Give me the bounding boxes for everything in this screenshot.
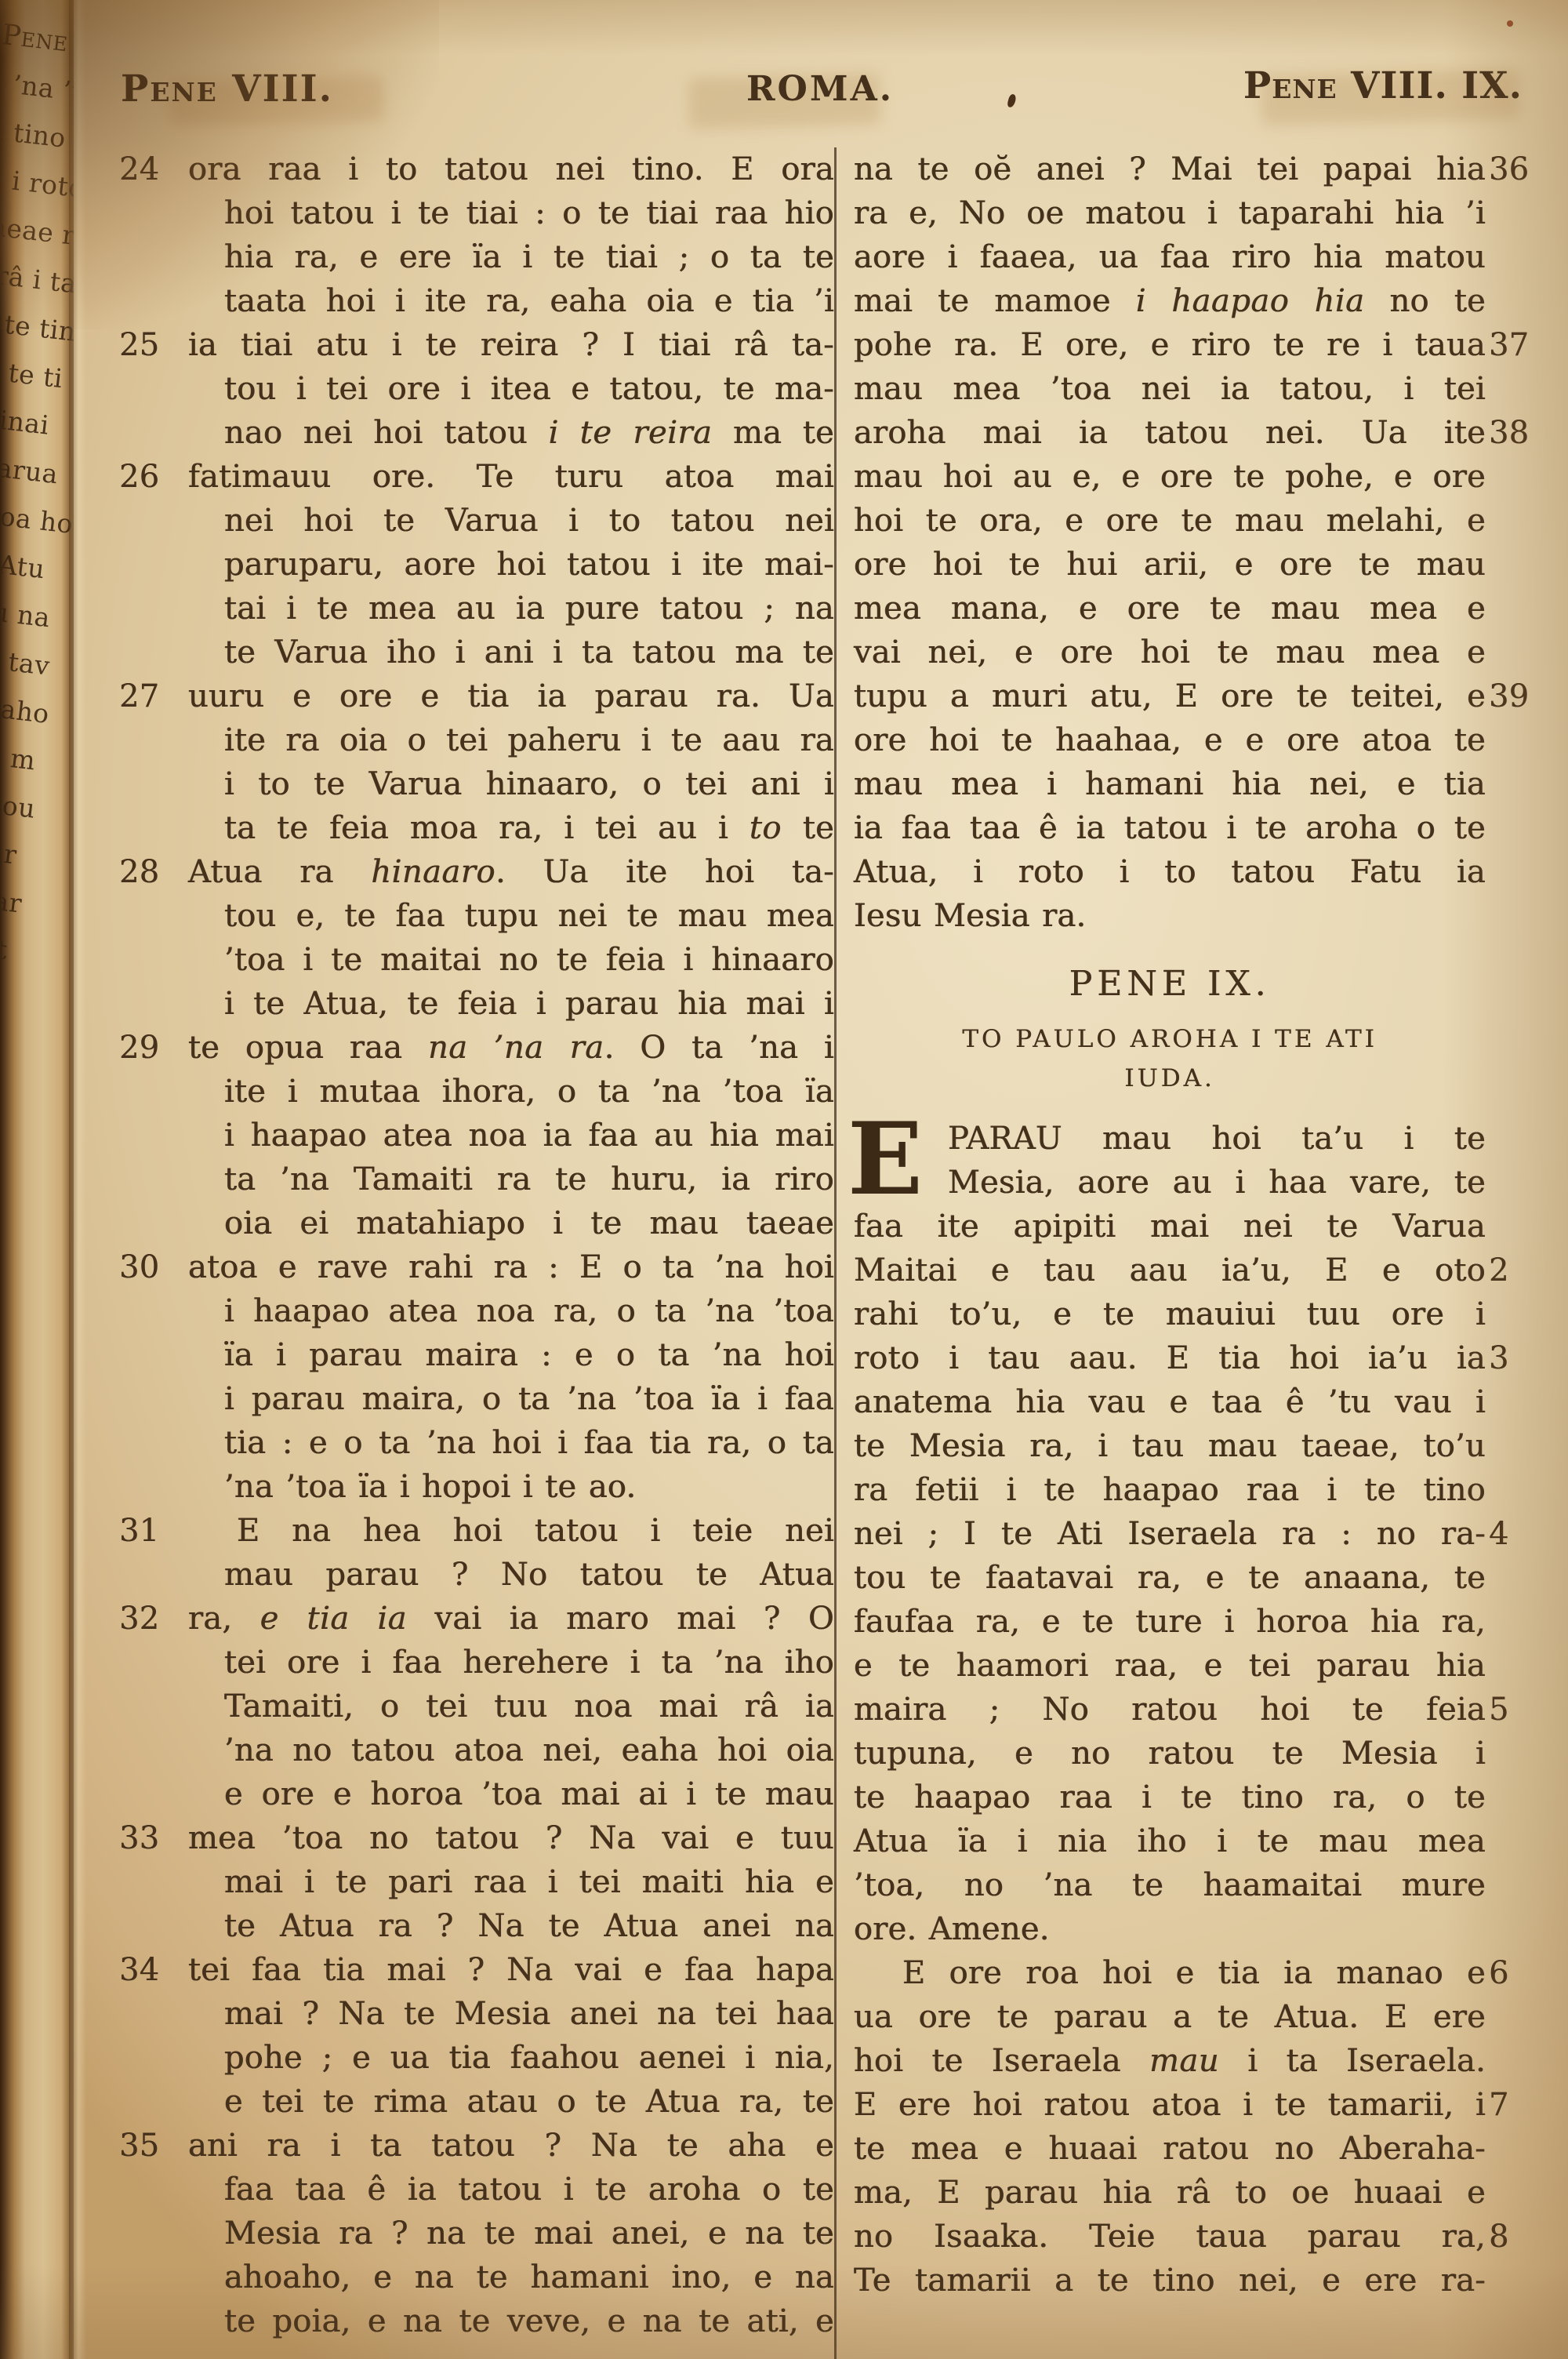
line-text: e ore e horoa ’toa mai ai i te mau <box>224 1776 834 1812</box>
text-line: tia : e o ta ’na hoi i faa tia ra, o ta <box>188 1421 834 1465</box>
line-text: i haapao atea noa ra, o ta ’na ’toa <box>224 1293 834 1329</box>
line-text: mau mea ’toa nei ia tatou, i tei <box>854 371 1486 407</box>
page-crease <box>69 0 86 2359</box>
text-line: ore. Amene. <box>854 1907 1486 1951</box>
text-line: ïa i parau maira : e o ta ’na hoi <box>188 1333 834 1377</box>
text-line: Iesu Mesia ra. <box>854 894 1486 938</box>
text-line: mau mea i hamani hia nei, e tia <box>854 762 1486 806</box>
line-text: Te tamarii a te tino nei, e ere ra- <box>854 2263 1486 2299</box>
line-text: hoi te ora, e ore te mau melahi, e <box>854 503 1486 539</box>
text-line: e ore e horoa ’toa mai ai i te mau <box>188 1772 834 1816</box>
line-text: hoi tatou i te tiai : o te tiai raa hio <box>224 195 834 231</box>
text-line: hoi te Iseraela mau i ta Iseraela. <box>854 2039 1486 2083</box>
text-line: ite i mutaa ihora, o ta ’na ’toa ïa <box>188 1070 834 1114</box>
line-text: E ere hoi ratou atoa i te tamarii, i <box>854 2087 1486 2123</box>
verse-number: 34 <box>119 1948 174 1992</box>
line-text: ra e, No oe matou i taparahi hia ’i <box>854 195 1486 231</box>
book-photo: Penea ’na ’toau tino pohi i rototaeae ra… <box>0 0 1568 2359</box>
line-text: te opua raa na ’na ra. O ta ’na i <box>188 1030 834 1066</box>
text-line: ia tiai atu i te reira ? I tiai râ ta-25 <box>188 323 834 367</box>
verse-number: 29 <box>119 1026 174 1070</box>
text-line: ia faa taa ê ia tatou i te aroha o te <box>854 806 1486 850</box>
text-line: aroha mai ia tatou nei. Ua ite38 <box>854 411 1486 455</box>
line-text: i te Atua, te feia i parau hia mai i <box>224 986 834 1022</box>
verse-number: 31 <box>119 1509 174 1553</box>
line-text: ani ra i ta tatou ? Na te aha e <box>188 2128 834 2164</box>
text-line: Mesia, aore au i haa vare, te <box>854 1161 1486 1205</box>
verse-number: 38 <box>1489 411 1544 455</box>
line-text: aroha mai ia tatou nei. Ua ite <box>854 415 1486 451</box>
text-line: tei ore i faa herehere i ta ’na iho <box>188 1641 834 1685</box>
verse-number: 27 <box>119 674 174 718</box>
text-line: Atua ra hinaaro. Ua ite hoi ta-28 <box>188 850 834 894</box>
text-line: faufaa ra, e te ture i horoa hia ra, <box>854 1600 1486 1644</box>
text-line: atoa e rave rahi ra : E o ta ’na hoi30 <box>188 1245 834 1289</box>
line-text: pohe ; e ua tia faahou aenei i nia, <box>224 2040 834 2076</box>
line-text: tou e, te faa tupu nei te mau mea <box>224 898 834 934</box>
text-line: Atua ïa i nia iho i te mau mea <box>854 1819 1486 1863</box>
verse-number: 8 <box>1489 2215 1544 2259</box>
text-line: maira ; No ratou hoi te feia5 <box>854 1688 1486 1732</box>
ink-speck <box>1507 20 1513 27</box>
line-text: ’na ’toa ïa i hopoi i te ao. <box>224 1469 636 1505</box>
line-text: pohe ra. E ore, e riro te re i taua <box>854 327 1486 363</box>
text-line: te opua raa na ’na ra. O ta ’na i29 <box>188 1026 834 1070</box>
text-line: ite ra oia o tei paheru i te aau ra <box>188 718 834 762</box>
text-line: ahoaho, e na te hamani ino, e na <box>188 2255 834 2299</box>
line-text: E na hea hoi tatou i teie nei <box>237 1513 834 1549</box>
line-text: roto i tau aau. E tia hoi ia’u ia <box>854 1340 1486 1376</box>
line-text: no Isaaka. Teie taua parau ra, <box>854 2219 1486 2255</box>
text-line: nao nei hoi tatou i te reira ma te <box>188 411 834 455</box>
line-text: tou i tei ore i itea e tatou, te ma- <box>224 371 834 407</box>
line-text: te Mesia ra, i tau mau taeae, to’u <box>854 1428 1486 1464</box>
text-line: hoi te ora, e ore te mau melahi, e <box>854 499 1486 543</box>
line-text: Atua, i roto i to tatou Fatu ia <box>854 854 1486 890</box>
line-text: mai i te pari raa i tei maiti hia e <box>224 1864 834 1900</box>
text-line: ua ore te parau a te Atua. E ere <box>854 1995 1486 2039</box>
text-line: hia ra, e ere ïa i te tiai ; o ta te <box>188 235 834 279</box>
line-text: rahi to’u, e te mauiui tuu ore i <box>854 1296 1486 1332</box>
text-line: tai i te mea au ia pure tatou ; na <box>188 587 834 631</box>
text-line: mai te mamoe i haapao hia no te <box>854 279 1486 323</box>
text-line: E ore roa hoi e tia ia manao e6 <box>854 1951 1486 1995</box>
text-line: Tamaiti, o tei tuu noa mai râ ia <box>188 1685 834 1728</box>
line-text: na te oĕ anei ? Mai tei papai hia <box>854 151 1486 187</box>
line-text: te Atua ra ? Na te Atua anei na <box>224 1908 834 1944</box>
text-line: i parau maira, o ta ’na ’toa ïa i faa <box>188 1377 834 1421</box>
text-line: ’na no tatou atoa nei, eaha hoi oia <box>188 1728 834 1772</box>
text-line: PARAU mau hoi ta’u i te <box>854 1117 1486 1161</box>
text-line: te Varua iho i ani i ta tatou ma te <box>188 631 834 674</box>
text-line: e tei te rima atau o te Atua ra, te <box>188 2080 834 2124</box>
line-text: ra, e tia ia vai ia maro mai ? O <box>188 1601 834 1637</box>
text-line: tupuna, e no ratou te Mesia i <box>854 1732 1486 1776</box>
line-text: vai nei, e ore hoi te mau mea e <box>854 634 1486 671</box>
verse-number: 7 <box>1489 2083 1544 2127</box>
text-line: ra, e tia ia vai ia maro mai ? O32 <box>188 1597 834 1641</box>
text-line: mau mea ’toa nei ia tatou, i tei <box>854 367 1486 411</box>
text-line: anatema hia vau e taa ê ’tu vau i <box>854 1380 1486 1424</box>
text-line: ’toa, no ’na te haamaitai mure <box>854 1863 1486 1907</box>
line-text: ma, E parau hia râ to oe huaai e <box>854 2175 1486 2211</box>
line-text: Iesu Mesia ra. <box>854 898 1086 934</box>
column-left: ora raa i to tatou nei tino. E ora24hoi … <box>119 147 834 2359</box>
line-text: ia tiai atu i te reira ? I tiai râ ta- <box>188 327 834 363</box>
verse-number: 4 <box>1489 1512 1544 1556</box>
line-text: E ore roa hoi e tia ia manao e <box>902 1955 1486 1991</box>
line-text: oia ei matahiapo i te mau taeae <box>224 1205 834 1241</box>
line-text: ’toa i te maitai no te feia i hinaaro <box>224 942 834 978</box>
text-line: ra e, No oe matou i taparahi hia ’i <box>854 191 1486 235</box>
verse-number: 30 <box>119 1245 174 1289</box>
text-line: ta ’na Tamaiti ra te huru, ia riro <box>188 1158 834 1201</box>
verse-number: 36 <box>1489 147 1544 191</box>
verse-number: 33 <box>119 1816 174 1860</box>
line-text: maira ; No ratou hoi te feia <box>854 1692 1486 1728</box>
text-line: uuru e ore e tia ia parau ra. Ua27 <box>188 674 834 718</box>
text-line: fatimauu ore. Te turu atoa mai26 <box>188 455 834 499</box>
text-line: ore hoi te haahaa, e e ore atoa te <box>854 718 1486 762</box>
text-line: no Isaaka. Teie taua parau ra,8 <box>854 2215 1486 2259</box>
text-line: Atua, i roto i to tatou Fatu ia <box>854 850 1486 894</box>
text-line: ’toa i te maitai no te feia i hinaaro <box>188 938 834 982</box>
text-line: nei ; I te Ati Iseraela ra : no ra-4 <box>854 1512 1486 1556</box>
verse-number: 26 <box>119 455 174 499</box>
text-line: ta te feia moa ra, i tei au i to te <box>188 806 834 850</box>
line-text: i to te Varua hinaaro, o tei ani i <box>224 766 834 802</box>
text-columns: ora raa i to tatou nei tino. E ora24hoi … <box>119 147 1546 2359</box>
line-text: tia : e o ta ’na hoi i faa tia ra, o ta <box>224 1425 834 1461</box>
line-text: ua ore te parau a te Atua. E ere <box>854 1999 1486 2035</box>
line-text: tou te faatavai ra, e te anaana, te <box>854 1560 1486 1596</box>
section-title-line: TO PAULO AROHA I TE ATI <box>854 1020 1486 1059</box>
text-line: tou te faatavai ra, e te anaana, te <box>854 1556 1486 1600</box>
line-text: mea ’toa no tatou ? Na vai e tuu <box>188 1820 834 1856</box>
line-text: PARAU mau hoi ta’u i te <box>948 1121 1486 1157</box>
line-text: mea mana, e ore te mau mea e <box>854 591 1486 627</box>
verse-number: 3 <box>1489 1336 1544 1380</box>
line-text: i haapao atea noa ia faa au hia mai <box>224 1118 834 1154</box>
running-head-right: Pene VIII. IX. <box>1243 64 1523 107</box>
text-line: mea mana, e ore te mau mea e <box>854 587 1486 631</box>
text-line: faa taa ê ia tatou i te aroha o te <box>188 2168 834 2212</box>
text-line: ora raa i to tatou nei tino. E ora24 <box>188 147 834 191</box>
text-line: E na hea hoi tatou i teie nei31 <box>188 1509 834 1553</box>
verse-number: 28 <box>119 850 174 894</box>
verse-number: 25 <box>119 323 174 367</box>
line-text: ’toa, no ’na te haamaitai mure <box>854 1867 1486 1903</box>
line-text: ite i mutaa ihora, o ta ’na ’toa ïa <box>224 1074 834 1110</box>
text-line: vai nei, e ore hoi te mau mea e <box>854 631 1486 674</box>
line-text: Tamaiti, o tei tuu noa mai râ ia <box>224 1688 834 1725</box>
verse-number: 24 <box>119 147 174 191</box>
text-line: e te haamori raa, e tei parau hia <box>854 1644 1486 1688</box>
text-line: nei hoi te Varua i to tatou nei <box>188 499 834 543</box>
text-line: ra fetii i te haapao raa i te tino <box>854 1468 1486 1512</box>
text-line: tou i tei ore i itea e tatou, te ma- <box>188 367 834 411</box>
text-line: i to te Varua hinaaro, o tei ani i <box>188 762 834 806</box>
line-text: hoi te Iseraela mau i ta Iseraela. <box>854 2043 1486 2079</box>
line-text: aore i faaea, ua faa riro hia matou <box>854 239 1486 275</box>
verse-number: 35 <box>119 2124 174 2168</box>
text-line: i haapao atea noa ia faa au hia mai <box>188 1114 834 1158</box>
line-text: ’na no tatou atoa nei, eaha hoi oia <box>224 1732 834 1768</box>
line-text: hia ra, e ere ïa i te tiai ; o ta te <box>224 239 834 275</box>
line-text: tupu a muri atu, E ore te teitei, e <box>854 678 1486 714</box>
text-line: na te oĕ anei ? Mai tei papai hia36 <box>854 147 1486 191</box>
line-text: e te haamori raa, e tei parau hia <box>854 1648 1486 1684</box>
line-text: ore hoi te hui arii, e ore te mau <box>854 547 1486 583</box>
line-text: e tei te rima atau o te Atua ra, te <box>224 2084 834 2120</box>
text-line: ani ra i ta tatou ? Na te aha e35 <box>188 2124 834 2168</box>
text-line: tupu a muri atu, E ore te teitei, e39 <box>854 674 1486 718</box>
verse-number: 32 <box>119 1597 174 1641</box>
line-text: ora raa i to tatou nei tino. E ora <box>188 151 834 187</box>
line-text: te Varua iho i ani i ta tatou ma te <box>224 634 834 671</box>
text-line: pohe ; e ua tia faahou aenei i nia, <box>188 2036 834 2080</box>
line-text: paruparu, aore hoi tatou i ite mai- <box>224 547 834 583</box>
verse-number: 37 <box>1489 323 1544 367</box>
line-text: ore. Amene. <box>854 1911 1050 1947</box>
text-line: i haapao atea noa ra, o ta ’na ’toa <box>188 1289 834 1333</box>
line-text: mau mea i hamani hia nei, e tia <box>854 766 1486 802</box>
text-line: tou e, te faa tupu nei te mau mea <box>188 894 834 938</box>
text-line: te mea e huaai ratou no Aberaha- <box>854 2127 1486 2171</box>
line-text: te mea e huaai ratou no Aberaha- <box>854 2131 1486 2167</box>
line-text: ite ra oia o tei paheru i te aau ra <box>224 722 834 758</box>
line-text: tai i te mea au ia pure tatou ; na <box>224 591 834 627</box>
text-line: aore i faaea, ua faa riro hia matou <box>854 235 1486 279</box>
line-text: fatimauu ore. Te turu atoa mai <box>188 459 834 495</box>
text-line: ’na ’toa ïa i hopoi i te ao. <box>188 1465 834 1509</box>
text-line: te haapao raa i te tino ra, o te <box>854 1776 1486 1819</box>
text-line: te Mesia ra, i tau mau taeae, to’u <box>854 1424 1486 1468</box>
line-text: ahoaho, e na te hamani ino, e na <box>224 2259 834 2295</box>
line-text: tei ore i faa herehere i ta ’na iho <box>224 1645 834 1681</box>
line-text: Atua ïa i nia iho i te mau mea <box>854 1823 1486 1859</box>
line-text: Maitai e tau aau ia’u, E e oto <box>854 1252 1486 1289</box>
verse-number: 6 <box>1489 1951 1544 1995</box>
column-right: na te oĕ anei ? Mai tei papai hia36ra e,… <box>834 147 1545 2359</box>
text-line: Te tamarii a te tino nei, e ere ra- <box>854 2259 1486 2303</box>
text-line: oia ei matahiapo i te mau taeae <box>188 1201 834 1245</box>
verse-number: 5 <box>1489 1688 1544 1732</box>
line-text: taata hoi i ite ra, eaha oia e tia ’i <box>224 283 834 319</box>
text-line: tei faa tia mai ? Na vai e faa hapa34 <box>188 1948 834 1992</box>
line-text: ta te feia moa ra, i tei au i to te <box>224 810 834 846</box>
line-text: tei faa tia mai ? Na vai e faa hapa <box>188 1952 834 1988</box>
text-line: ma, E parau hia râ to oe huaai e <box>854 2171 1486 2215</box>
verse-number: 2 <box>1489 1249 1544 1292</box>
text-line: hoi tatou i te tiai : o te tiai raa hio <box>188 191 834 235</box>
line-text: atoa e rave rahi ra : E o ta ’na hoi <box>188 1249 834 1285</box>
line-text: mau hoi au e, e ore te pohe, e ore <box>854 459 1486 495</box>
dropcap-paragraph: EPARAU mau hoi ta’u i teMesia, aore au i… <box>854 1117 1486 1951</box>
text-line: rahi to’u, e te mauiui tuu ore i <box>854 1292 1486 1336</box>
line-text: Atua ra hinaaro. Ua ite hoi ta- <box>188 854 834 890</box>
text-line: Mesia ra ? na te mai anei, e na te <box>188 2212 834 2255</box>
text-line: pohe ra. E ore, e riro te re i taua37 <box>854 323 1486 367</box>
line-text: te poia, e na te veve, e na te ati, e <box>224 2303 834 2339</box>
line-text: anatema hia vau e taa ê ’tu vau i <box>854 1384 1486 1420</box>
text-line: te poia, e na te veve, e na te ati, e <box>188 2299 834 2343</box>
text-line: i te Atua, te feia i parau hia mai i <box>188 982 834 1026</box>
text-line: E ere hoi ratou atoa i te tamarii, i7 <box>854 2083 1486 2127</box>
running-head: Pene VIII. ROMA. Pene VIII. IX. <box>118 67 1523 124</box>
text-line: mau hoi au e, e ore te pohe, e ore <box>854 455 1486 499</box>
line-text: ra fetii i te haapao raa i te tino <box>854 1472 1486 1508</box>
line-text: ta ’na Tamaiti ra te huru, ia riro <box>224 1161 834 1198</box>
text-line: Maitai e tau aau ia’u, E e oto2 <box>854 1249 1486 1292</box>
text-line: te Atua ra ? Na te Atua anei na <box>188 1904 834 1948</box>
verse-number: 39 <box>1489 674 1544 718</box>
line-text: nei hoi te Varua i to tatou nei <box>224 503 834 539</box>
text-line: mai i te pari raa i tei maiti hia e <box>188 1860 834 1904</box>
line-text: faa ite apipiti mai nei te Varua <box>854 1209 1486 1245</box>
page: Pene VIII. ROMA. Pene VIII. IX. ora raa … <box>74 0 1568 2359</box>
line-text: ore hoi te haahaa, e e ore atoa te <box>854 722 1486 758</box>
line-text: te haapao raa i te tino ra, o te <box>854 1779 1486 1816</box>
line-text: faufaa ra, e te ture i horoa hia ra, <box>854 1604 1486 1640</box>
section-title-line: IUDA. <box>854 1059 1486 1098</box>
line-text: mau parau ? No tatou te Atua <box>224 1557 834 1593</box>
chapter-heading: PENE IX. <box>854 965 1486 1004</box>
line-text: nei ; I te Ati Iseraela ra : no ra- <box>854 1516 1486 1552</box>
line-text: ia faa taa ê ia tatou i te aroha o te <box>854 810 1486 846</box>
text-line: mea ’toa no tatou ? Na vai e tuu33 <box>188 1816 834 1860</box>
line-text: mai te mamoe i haapao hia no te <box>854 283 1486 319</box>
line-text: Mesia ra ? na te mai anei, e na te <box>224 2215 834 2252</box>
line-text: faa taa ê ia tatou i te aroha o te <box>224 2172 834 2208</box>
previous-page-edge: Penea ’na ’toau tino pohi i rototaeae ra… <box>0 0 74 2359</box>
line-text: Mesia, aore au i haa vare, te <box>948 1165 1486 1201</box>
line-text: uuru e ore e tia ia parau ra. Ua <box>188 678 834 714</box>
text-line: ore hoi te hui arii, e ore te mau <box>854 543 1486 587</box>
line-text: ïa i parau maira : e o ta ’na hoi <box>224 1337 834 1373</box>
line-text: i parau maira, o ta ’na ’toa ïa i faa <box>224 1381 834 1417</box>
text-line: faa ite apipiti mai nei te Varua <box>854 1205 1486 1249</box>
text-line: roto i tau aau. E tia hoi ia’u ia3 <box>854 1336 1486 1380</box>
line-text: mai ? Na te Mesia anei na tei haa <box>224 1996 834 2032</box>
text-line: mau parau ? No tatou te Atua <box>188 1553 834 1597</box>
text-line: taata hoi i ite ra, eaha oia e tia ’i <box>188 279 834 323</box>
section-title: TO PAULO AROHA I TE ATIIUDA. <box>854 1020 1486 1098</box>
line-text: nao nei hoi tatou i te reira ma te <box>224 415 834 451</box>
line-text: tupuna, e no ratou te Mesia i <box>854 1736 1486 1772</box>
text-line: mai ? Na te Mesia anei na tei haa <box>188 1992 834 2036</box>
text-line: paruparu, aore hoi tatou i ite mai- <box>188 543 834 587</box>
